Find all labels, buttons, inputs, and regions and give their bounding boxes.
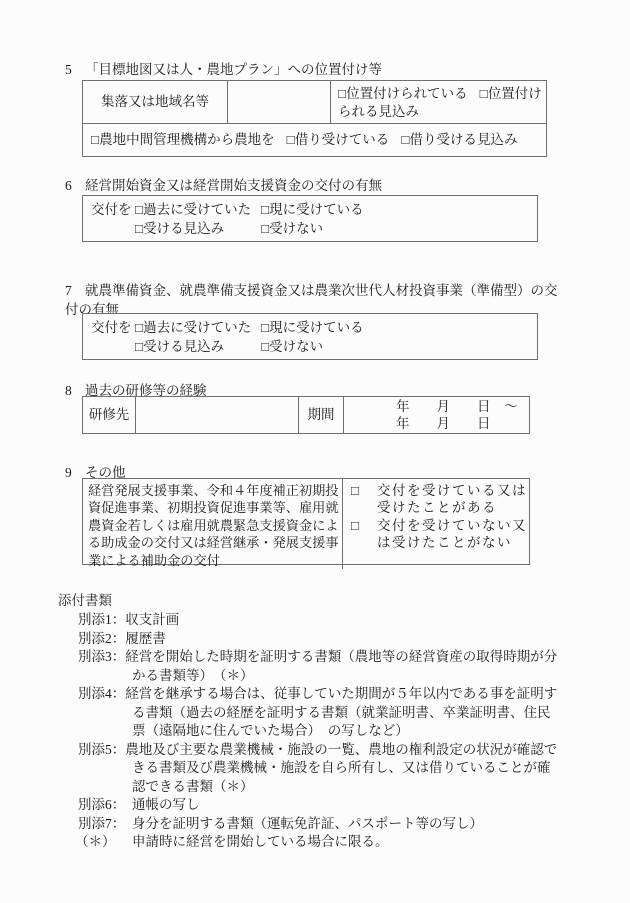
attachment-text: 経営を継承する場合は、従事していた期間が５年以内である事を証明する書類（過去の経… [125,686,557,738]
farmland-bank-statement: □農地中間管理機構から農地を [91,132,275,147]
expected-leasing-option-label: 借り受ける見込み [409,132,517,147]
has-not-received-label: 交付を受けていない又は受けたことがない [377,517,529,552]
spacer [91,337,135,356]
positioned-option-label: 位置付けられている [346,86,468,101]
positioning-options-cell: □位置付けられている□位置付けられる見込み [331,81,546,124]
currently-receiving-label: 現に受けている [269,320,364,335]
checkbox-icon[interactable]: □ [261,219,269,238]
grant-label: 交付を [91,200,135,219]
checkbox-icon[interactable]: □ [480,85,488,103]
attachment-label: 別添4： [78,686,125,701]
attachment-text: 収支計画 [125,612,179,627]
section-5-table: 集落又は地域名等 □位置付けられている□位置付けられる見込み □農地中間管理機構… [82,80,547,157]
spacer [91,219,135,238]
attachments-heading: 添付書類 [58,592,112,611]
attachment-label: 別添7： [78,816,119,831]
attachment-item-7: 別添7： 身分を証明する書類（運転免許証、パスポート等の写し） [78,815,559,834]
has-received-label: 交付を受けている又は受けたことがある [377,482,529,517]
attachment-item-2: 別添2：履歴書 [78,630,559,649]
section-5-number: 5 [65,60,85,79]
checkbox-icon[interactable]: □ [351,517,377,552]
period-label: 期間 [299,397,344,433]
section-7-grant-box: 交付を □過去に受けていた □現に受けている □受ける見込み □受けない [82,313,538,360]
grant-label: 交付を [91,318,135,337]
expect-to-receive-option: □受ける見込み [135,337,261,356]
training-place-label: 研修先 [83,397,136,433]
checkbox-icon[interactable]: □ [135,219,143,238]
checkbox-icon[interactable]: □ [261,337,269,356]
section-9-table: 経営発展支援事業、令和４年度補正初期投資促進事業、初期投資促進事業等、雇用就農資… [82,478,530,565]
checkbox-icon[interactable]: □ [287,131,295,149]
farmland-bank-label: 農地中間管理機構から農地を [99,132,275,147]
currently-receiving-option: □現に受けている [261,200,537,219]
section-7-title: 就農準備資金、就農準備支援資金又は農業次世代人材投資事業（準備型）の交付の有無 [65,283,558,317]
received-in-past-option: □過去に受けていた [135,318,261,337]
training-place-input-cell[interactable] [136,397,299,433]
attachment-text: 経営を開始した時期を証明する書類（農地等の経営資産の取得時期が分かる書類等） （… [125,649,557,683]
village-name-label: 集落又は地域名等 [83,81,228,124]
leasing-option-label: 借り受けている [295,132,390,147]
attachment-item-5: 別添5：農地及び主要な農業機械・施設の一覧、農地の権利設定の状況が確認できる書類… [78,741,559,797]
asterisk-note-text: 申請時に経営を開始している場合に限る。 [132,833,389,852]
section-6-number: 6 [65,176,85,195]
attachment-text: 身分を証明する書類（運転免許証、パスポート等の写し） [119,816,484,831]
expect-to-receive-label: 受ける見込み [143,339,224,354]
checkbox-icon[interactable]: □ [135,200,143,219]
received-in-past-label: 過去に受けていた [143,320,251,335]
received-in-past-label: 過去に受けていた [143,202,251,217]
checkbox-icon[interactable]: □ [261,318,269,337]
section-7-number: 7 [65,281,85,300]
expect-to-receive-option: □受ける見込み [135,219,261,238]
checkbox-icon[interactable]: □ [338,85,346,103]
attachments-list: 別添1：収支計画 別添2：履歴書 別添3：経営を開始した時期を証明する書類（農地… [78,611,559,852]
has-not-received-option: □ 交付を受けていない又は受けたことがない [351,517,529,552]
attachment-label: 別添1： [78,612,125,627]
period-date-cell[interactable]: 年 月 日 ～ 年 月 日 [344,397,529,433]
attachment-item-4: 別添4：経営を継承する場合は、従事していた期間が５年以内である事を証明する書類（… [78,685,559,741]
document-page: 5「目標地図又は人・農地プラン」への位置付け等 集落又は地域名等 □位置付けられ… [0,0,630,903]
period-end-line: 年 月 日 [396,415,529,432]
leasing-option: □借り受けている [287,132,390,147]
expected-leasing-option: □借り受ける見込み [401,132,517,147]
subsidy-options-cell: □ 交付を受けている又は受けたことがある □ 交付を受けていない又は受けたことが… [343,479,529,569]
section-6-grant-box: 交付を □過去に受けていた □現に受けている □受ける見込み □受けない [82,195,538,242]
section-6-title: 経営開始資金又は経営開始支援資金の交付の有無 [85,178,382,193]
checkbox-icon[interactable]: □ [135,337,143,356]
asterisk-note: （＊） 申請時に経営を開始している場合に限る。 [75,833,559,852]
will-not-receive-option: □受けない [261,337,537,356]
subsidy-subject-text: 経営発展支援事業、令和４年度補正初期投資促進事業、初期投資促進事業等、雇用就農資… [83,479,343,569]
section-5-heading: 5「目標地図又は人・農地プラン」への位置付け等 [65,60,565,79]
checkbox-icon[interactable]: □ [91,131,99,149]
checkbox-icon[interactable]: □ [351,482,377,517]
positioned-option: □位置付けられている [338,86,468,101]
received-in-past-option: □過去に受けていた [135,200,261,219]
checkbox-icon[interactable]: □ [135,318,143,337]
asterisk-note-label: （＊） [75,833,132,852]
will-not-receive-label: 受けない [269,221,323,236]
attachment-item-3: 別添3：経営を開始した時期を証明する書類（農地等の経営資産の取得時期が分かる書類… [78,648,559,685]
attachment-item-1: 別添1：収支計画 [78,611,559,630]
section-8-table: 研修先 期間 年 月 日 ～ 年 月 日 [82,396,530,434]
attachment-text: 農地及び主要な農業機械・施設の一覧、農地の権利設定の状況が確認できる書類及び農業… [125,742,557,794]
has-received-option: □ 交付を受けている又は受けたことがある [351,482,529,517]
attachment-label: 別添6： [78,797,119,812]
attachment-label: 別添3： [78,649,125,664]
period-start-line: 年 月 日 ～ [396,398,529,415]
farmland-bank-row: □農地中間管理機構から農地を□借り受けている□借り受ける見込み [83,124,546,156]
attachment-item-6: 別添6： 通帳の写し [78,796,559,815]
will-not-receive-label: 受けない [269,339,323,354]
will-not-receive-option: □受けない [261,219,537,238]
currently-receiving-label: 現に受けている [269,202,364,217]
attachment-label: 別添5： [78,742,125,757]
attachment-text: 通帳の写し [119,797,200,812]
expect-to-receive-label: 受ける見込み [143,221,224,236]
currently-receiving-option: □現に受けている [261,318,537,337]
checkbox-icon[interactable]: □ [261,200,269,219]
section-6-heading: 6経営開始資金又は経営開始支援資金の交付の有無 [65,176,565,195]
section-5-title: 「目標地図又は人・農地プラン」への位置付け等 [85,62,382,77]
village-name-input-cell[interactable] [228,81,331,124]
attachment-label: 別添2： [78,631,125,646]
attachment-text: 履歴書 [125,631,166,646]
